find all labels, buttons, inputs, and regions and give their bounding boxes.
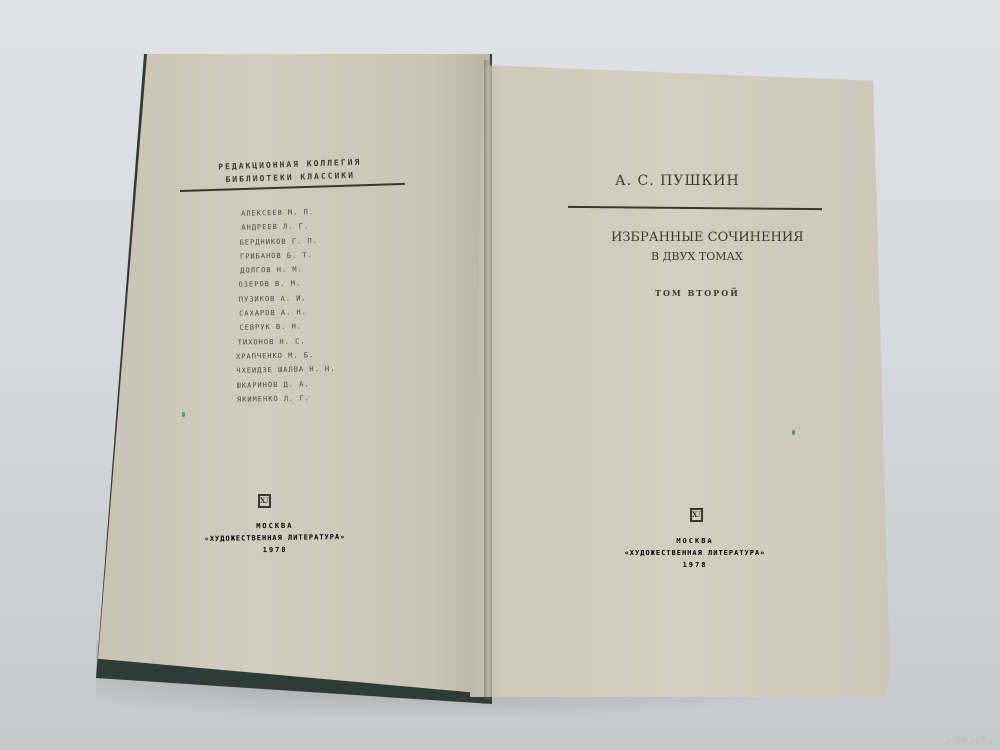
left-imprint: МОСКВА «ХУДОЖЕСТВЕННАЯ ЛИТЕРАТУРА» 1978 bbox=[180, 519, 370, 558]
book-spine-gutter bbox=[484, 60, 492, 700]
imprint-city: МОСКВА bbox=[590, 535, 800, 547]
right-imprint: МОСКВА «ХУДОЖЕСТВЕННАЯ ЛИТЕРАТУРА» 1978 bbox=[590, 535, 800, 571]
publisher-logo-icon: ХЛ bbox=[690, 508, 703, 522]
book-title: ИЗБРАННЫЕ СОЧИНЕНИЯ bbox=[611, 230, 804, 245]
imprint-publisher: «ХУДОЖЕСТВЕННАЯ ЛИТЕРАТУРА» bbox=[590, 547, 800, 559]
book-subtitle: В ДВУХ ТОМАХ bbox=[651, 250, 743, 263]
paper-speck bbox=[182, 412, 185, 417]
board-member: ЯКИМЕНКО Л. Г. bbox=[237, 391, 336, 407]
site-watermark: www.ay.by bbox=[946, 736, 994, 746]
board-member: ЧХЕИДЗЕ ШАЛВА Н. Н. bbox=[236, 362, 335, 378]
book-photo-scene: РЕДАКЦИОННАЯ КОЛЛЕГИЯ БИБЛИОТЕКИ КЛАССИК… bbox=[0, 0, 1000, 750]
board-members-list: АЛЕКСЕЕВ М. П. АНДРЕЕВ Л. Г. БЕРДНИКОВ Г… bbox=[213, 205, 336, 408]
volume-label: ТОМ ВТОРОЙ bbox=[655, 288, 740, 298]
author-name: А. С. ПУШКИН bbox=[615, 173, 740, 189]
publisher-logo-icon: ХЛ bbox=[258, 494, 271, 508]
imprint-year: 1978 bbox=[590, 559, 800, 571]
paper-speck bbox=[792, 430, 795, 435]
right-page bbox=[470, 65, 890, 697]
